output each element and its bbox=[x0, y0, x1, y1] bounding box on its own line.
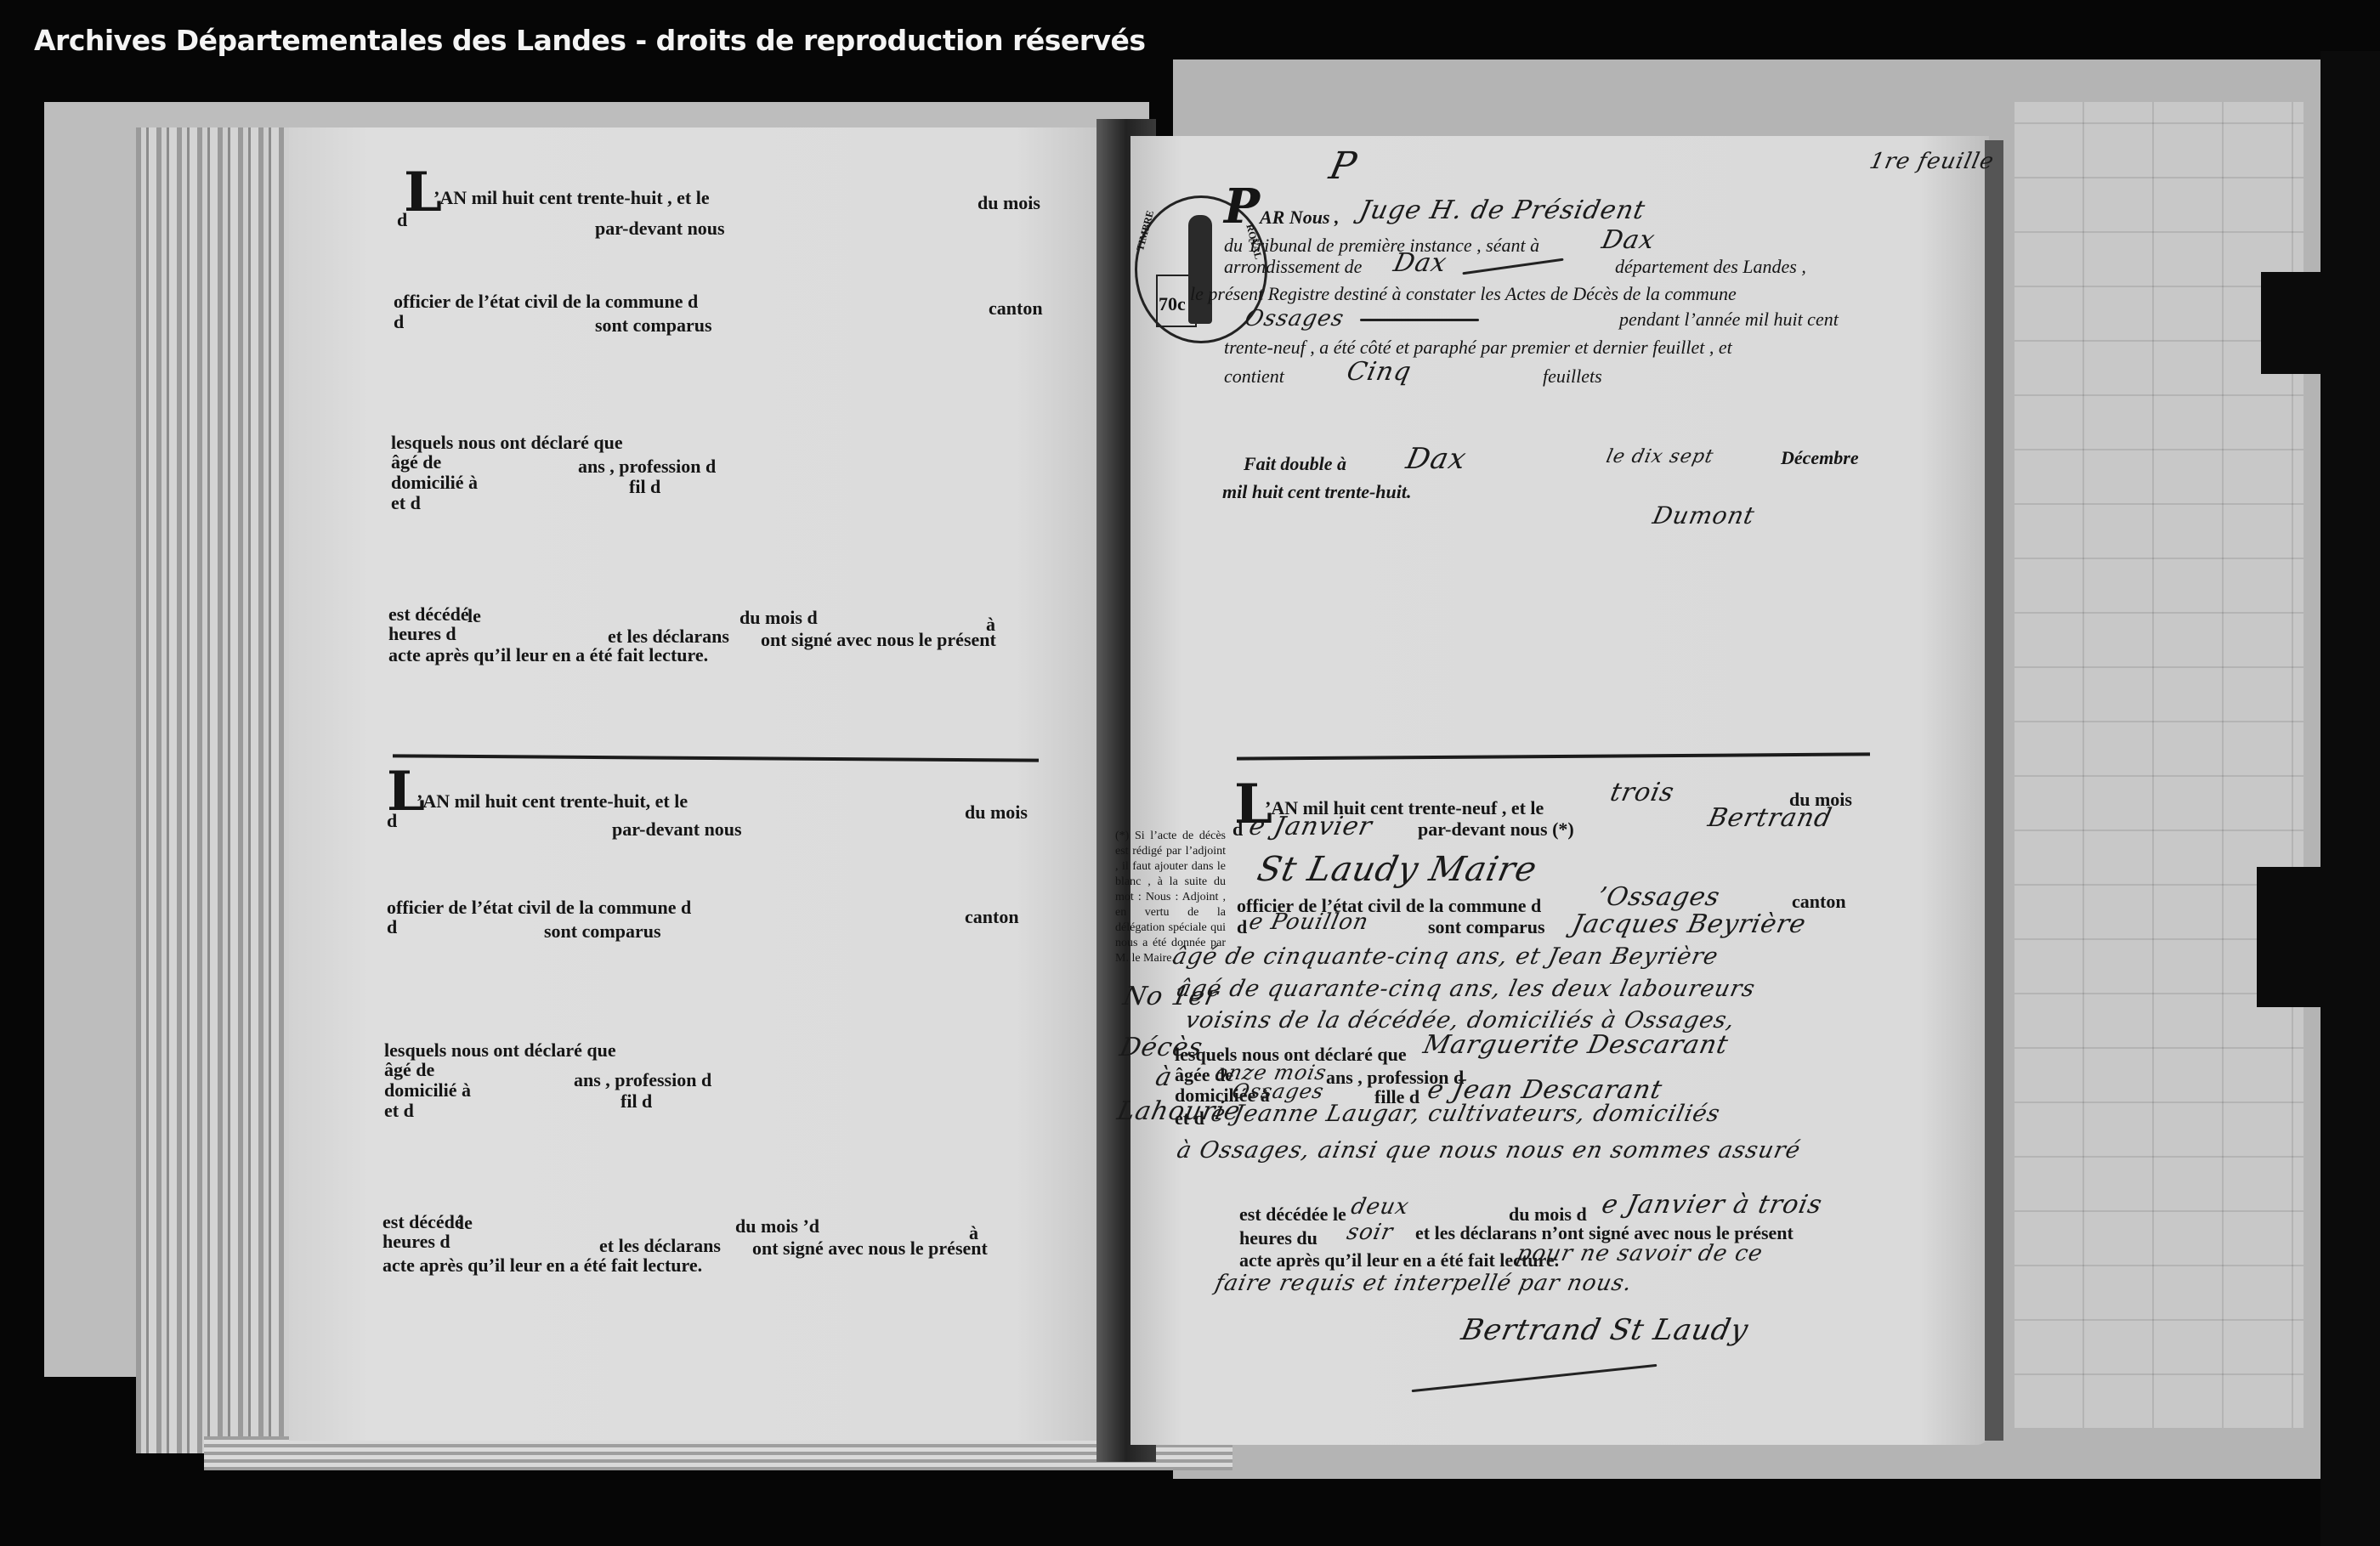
right-page-edge bbox=[1985, 140, 2003, 1441]
et-d-label: et d bbox=[384, 1101, 414, 1120]
par-devant-label: par-devant nous (*) bbox=[1418, 820, 1574, 839]
tribunal-label: du Tribunal de première instance , séant… bbox=[1224, 236, 1539, 255]
note-line-2: faire requis et interpellé par nous. bbox=[1213, 1271, 1635, 1296]
day-death-handwritten: deux bbox=[1349, 1194, 1412, 1220]
binding-tab-top bbox=[2261, 272, 2329, 374]
du-mois-label: du mois bbox=[977, 194, 1040, 212]
arrondissement-handwritten: Dax bbox=[1391, 248, 1449, 278]
par-devant-label: par-devant nous bbox=[595, 219, 725, 238]
right-border bbox=[2320, 51, 2380, 1546]
ans-profession-label: ans , profession d bbox=[574, 1071, 711, 1090]
present-registre-label: le présent Registre destiné à constater … bbox=[1190, 285, 1737, 303]
underlying-ledger bbox=[2014, 102, 2303, 1428]
date-handwritten: le dix sept bbox=[1604, 446, 1715, 467]
decede-label: est décédée le bbox=[1239, 1205, 1346, 1224]
signe-label: ont signé avec nous le présent bbox=[752, 1239, 988, 1258]
mayor-first-handwritten: Bertrand bbox=[1705, 803, 1834, 833]
declarans-label: et les déclarans bbox=[599, 1237, 721, 1255]
heures-label: heures du bbox=[1239, 1229, 1317, 1248]
mayor-handwritten: St Laudy Maire bbox=[1254, 850, 1540, 889]
continuation-handwritten: à Ossages, ainsi que nous nous en sommes… bbox=[1175, 1137, 1804, 1164]
du-mois-label: du mois bbox=[965, 803, 1028, 822]
drop-cap: P bbox=[1224, 183, 1260, 230]
d-label: d bbox=[394, 313, 404, 331]
feuillets-label: feuillets bbox=[1543, 367, 1602, 386]
signe-label: ont signé avec nous le présent bbox=[761, 631, 996, 649]
departement-label: département des Landes , bbox=[1615, 258, 1806, 276]
witness-line-2: âgé de quarante-cinq ans, les deux labou… bbox=[1175, 976, 1758, 1002]
decede-label: est décédé bbox=[388, 605, 469, 624]
comparus-label: sont comparus bbox=[595, 316, 712, 335]
le-label: le bbox=[459, 1214, 473, 1232]
fil-label: fil d bbox=[620, 1092, 652, 1111]
comparus-label: sont comparus bbox=[544, 922, 661, 941]
domicilie-label: domicilié à bbox=[384, 1081, 471, 1100]
lesquels-label: lesquels nous ont déclaré que bbox=[391, 433, 623, 452]
du-mois-d-label: du mois d bbox=[1509, 1205, 1587, 1224]
mil-huit-cent-label: mil huit cent trente-huit. bbox=[1222, 483, 1411, 501]
judge-handwritten: Juge H. de Président bbox=[1357, 195, 1648, 225]
commune-handwritten: ’Ossages bbox=[1595, 882, 1723, 912]
par-nous-label: AR Nous , bbox=[1260, 208, 1340, 227]
canton-label: canton bbox=[989, 299, 1043, 318]
acte-label: acte après qu’il leur en a été fait lect… bbox=[388, 646, 708, 665]
canton-label: canton bbox=[965, 908, 1019, 926]
officier-label: officier de l’état civil de la commune d bbox=[394, 292, 698, 311]
witness-line-1: âgé de cinquante-cinq ans, et Jean Beyri… bbox=[1170, 943, 1721, 970]
heures-label: heures d bbox=[388, 625, 456, 643]
note-line-1: pour ne savoir de ce bbox=[1515, 1241, 1765, 1266]
domicilie-label: domicilié à bbox=[391, 473, 478, 492]
fil-label: fil d bbox=[629, 478, 660, 496]
page-edges-bottom bbox=[204, 1436, 1232, 1470]
act-line: ’AN mil huit cent trente-huit, et le bbox=[416, 792, 688, 811]
canton-label: canton bbox=[1792, 892, 1846, 911]
trente-neuf-label: trente-neuf , a été côté et paraphé par … bbox=[1224, 338, 1732, 357]
time-handwritten: soir bbox=[1345, 1220, 1396, 1245]
month-death-handwritten: e Janvier à trois bbox=[1599, 1190, 1825, 1220]
declarans-label: et les déclarans n’ont signé avec nous l… bbox=[1415, 1224, 1793, 1243]
mayor-signature: Bertrand St Laudy bbox=[1459, 1313, 1752, 1347]
folio-note: 1re feuille bbox=[1867, 149, 1997, 174]
officier-label: officier de l’état civil de la commune d bbox=[387, 898, 691, 917]
handwritten-flourish bbox=[1360, 319, 1479, 321]
act-line: ’AN mil huit cent trente-huit , et le bbox=[433, 189, 710, 207]
et-d-label: et d bbox=[391, 494, 421, 513]
canton-handwritten: e Pouillon bbox=[1247, 909, 1371, 935]
d-label: d bbox=[397, 211, 407, 229]
lesquels-label: lesquels nous ont déclaré que bbox=[384, 1041, 616, 1060]
day-handwritten: trois bbox=[1607, 778, 1677, 807]
decembre-label: Décembre bbox=[1781, 449, 1859, 467]
arrondissement-label: arrondissement de bbox=[1224, 258, 1362, 276]
du-mois-d-label: du mois ’d bbox=[735, 1217, 819, 1236]
d-label: d bbox=[1232, 820, 1243, 839]
month-handwritten: e Janvier bbox=[1246, 812, 1375, 841]
fait-city-handwritten: Dax bbox=[1403, 442, 1470, 476]
acte-label: acte après qu’il leur en a été fait lect… bbox=[382, 1256, 702, 1275]
commune-handwritten: Ossages bbox=[1243, 306, 1346, 331]
age-label: âgé de bbox=[391, 453, 441, 472]
heures-label: heures d bbox=[382, 1232, 450, 1251]
declarans-label: et les déclarans bbox=[608, 627, 729, 646]
d-label: d bbox=[387, 918, 397, 937]
pendant-label: pendant l’année mil huit cent bbox=[1619, 310, 1839, 329]
archive-watermark: Archives Départementales des Landes - dr… bbox=[34, 24, 1146, 57]
feuillets-count-handwritten: Cinq bbox=[1344, 357, 1414, 387]
domicile-handwritten: Ossages bbox=[1230, 1079, 1326, 1103]
stamp-figure-icon bbox=[1188, 215, 1212, 324]
tribunal-city-handwritten: Dax bbox=[1599, 225, 1657, 255]
page-edges-left bbox=[136, 127, 297, 1453]
certification-signature: Dumont bbox=[1650, 501, 1757, 529]
du-mois-d-label: du mois d bbox=[739, 609, 818, 627]
age-label: âgé de bbox=[384, 1061, 434, 1079]
acte-label: acte après qu’il leur en a été fait lect… bbox=[1239, 1251, 1559, 1270]
deceased-handwritten: Marguerite Descarant bbox=[1420, 1030, 1731, 1060]
ans-profession-label: ans , profession d bbox=[578, 457, 716, 476]
contient-label: contient bbox=[1224, 367, 1284, 386]
d-label: d bbox=[387, 812, 397, 830]
fait-double-label: Fait double à bbox=[1244, 455, 1346, 473]
witness1-handwritten: Jacques Beyrière bbox=[1569, 909, 1809, 939]
comparus-label: sont comparus bbox=[1428, 918, 1545, 937]
le-label: le bbox=[467, 607, 481, 626]
stamp-value: 70c bbox=[1159, 293, 1186, 315]
par-devant-label: par-devant nous bbox=[612, 820, 742, 839]
decede-label: est décédé bbox=[382, 1213, 463, 1232]
et-d-label: et d bbox=[1175, 1109, 1204, 1128]
d-label: d bbox=[1237, 918, 1247, 937]
mother-handwritten: e Jeanne Laugar, cultivateurs, domicilié… bbox=[1209, 1101, 1723, 1127]
